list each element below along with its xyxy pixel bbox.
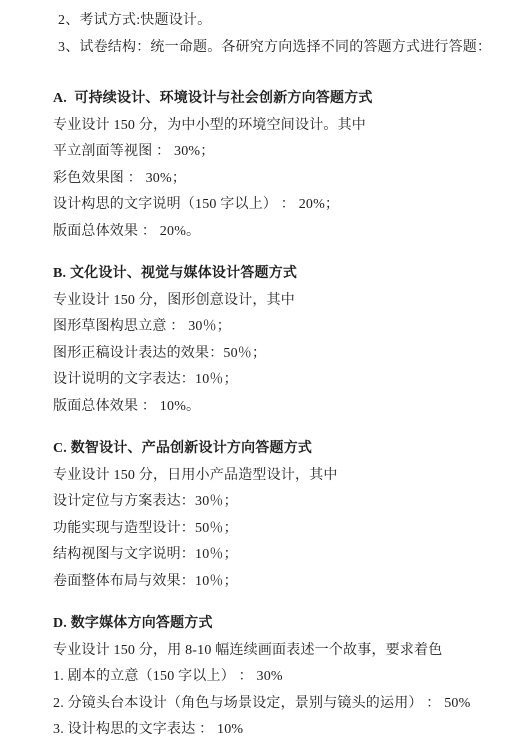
section-c-line-function: 功能实现与造型设计：50％； <box>53 516 493 543</box>
section-d-line-text-expression: 3. 设计构思的文字表达 ： 10% <box>53 717 493 736</box>
section-a-line-color-render: 彩色效果图 ： 30%； <box>53 166 493 193</box>
section-b-line-final-draft: 图形正稿设计表达的效果：50％； <box>53 341 493 368</box>
section-a-line-overview: 专业设计 150 分，为中小型的环境空间设计。其中 <box>53 113 493 140</box>
section-b-line-layout: 版面总体效果 ： 10%。 <box>53 394 493 421</box>
section-a-heading: A. 可持续设计、环境设计与社会创新方向答题方式 <box>53 86 493 113</box>
section-b-line-text-desc: 设计说明的文字表达：10％； <box>53 367 493 394</box>
section-d-line-storyboard: 2. 分镜头台本设计（角色与场景设定，景别与镜头的运用） ： 50% <box>53 691 493 718</box>
section-b-line-overview: 专业设计 150 分，图形创意设计，其中 <box>53 288 493 315</box>
intro-line-exam-method: 2、考试方式:快题设计。 <box>58 8 493 35</box>
section-c-line-positioning: 设计定位与方案表达：30％； <box>53 489 493 516</box>
section-c-line-overview: 专业设计 150 分，日用小产品造型设计，其中 <box>53 463 493 490</box>
section-c-heading: C. 数智设计、产品创新设计方向答题方式 <box>53 436 493 463</box>
section-a-line-text-desc: 设计构思的文字说明（150 字以上） ： 20%； <box>53 192 493 219</box>
section-a-line-views: 平立剖面等视图 ： 30%； <box>53 139 493 166</box>
intro-line-paper-structure: 3、试卷结构：统一命题。各研究方向选择不同的答题方式进行答题： <box>58 35 493 62</box>
section-c-line-layout: 卷面整体布局与效果：10％； <box>53 569 493 596</box>
section-d: D. 数字媒体方向答题方式 专业设计 150 分，用 8-10 幅连续画面表述一… <box>53 611 493 736</box>
section-b-heading: B. 文化设计、视觉与媒体设计答题方式 <box>53 261 493 288</box>
section-c: C. 数智设计、产品创新设计方向答题方式 专业设计 150 分，日用小产品造型设… <box>53 436 493 595</box>
section-b: B. 文化设计、视觉与媒体设计答题方式 专业设计 150 分，图形创意设计，其中… <box>53 261 493 420</box>
section-a: A. 可持续设计、环境设计与社会创新方向答题方式 专业设计 150 分，为中小型… <box>53 86 493 245</box>
intro-block: 2、考试方式:快题设计。 3、试卷结构：统一命题。各研究方向选择不同的答题方式进… <box>53 8 493 61</box>
document-page: 2、考试方式:快题设计。 3、试卷结构：统一命题。各研究方向选择不同的答题方式进… <box>0 0 523 736</box>
section-b-line-sketch: 图形草图构思立意 ： 30％； <box>53 314 493 341</box>
section-d-line-script: 1. 剧本的立意（150 字以上） ： 30% <box>53 664 493 691</box>
section-d-line-overview: 专业设计 150 分，用 8-10 幅连续画面表述一个故事，要求着色 <box>53 638 493 665</box>
section-c-line-structure: 结构视图与文字说明：10％； <box>53 542 493 569</box>
section-d-heading: D. 数字媒体方向答题方式 <box>53 611 493 638</box>
section-a-line-layout: 版面总体效果 ： 20%。 <box>53 219 493 246</box>
